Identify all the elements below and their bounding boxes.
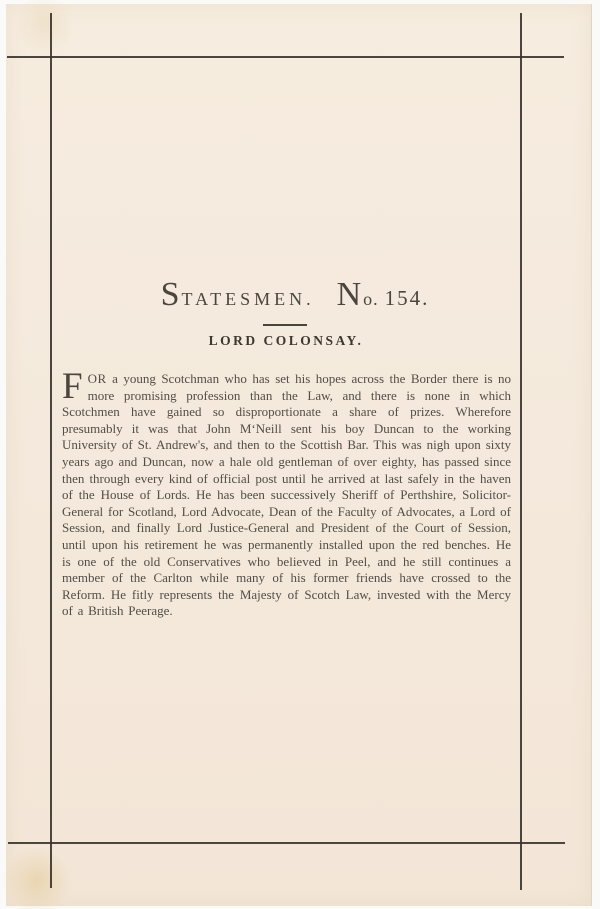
drop-cap: F	[62, 372, 83, 401]
lead-caps: OR	[88, 371, 107, 386]
series-title: STATESMEN.	[161, 292, 315, 309]
border-line-right	[520, 13, 522, 890]
article-body: FOR a young Scotchman who has set his ho…	[62, 371, 511, 620]
article-text: a young Scotchman who has set his hopes …	[62, 371, 511, 618]
divider-rule	[263, 324, 307, 326]
number-value: 154.	[385, 286, 430, 310]
border-line-left	[50, 13, 52, 888]
number-initial: N	[337, 276, 364, 313]
series-rest: TATESMEN.	[182, 289, 315, 309]
masthead: STATESMEN.No.154.	[60, 278, 530, 318]
series-number: No.154.	[337, 292, 430, 309]
border-line-bottom	[8, 842, 565, 844]
series-initial: S	[161, 276, 182, 313]
paper-stain-top-left	[14, 0, 74, 54]
border-line-top	[7, 56, 564, 58]
paper-stain-bottom-left	[2, 846, 72, 909]
number-abbrev: o.	[363, 289, 379, 309]
article-title: LORD COLONSAY.	[51, 333, 521, 349]
